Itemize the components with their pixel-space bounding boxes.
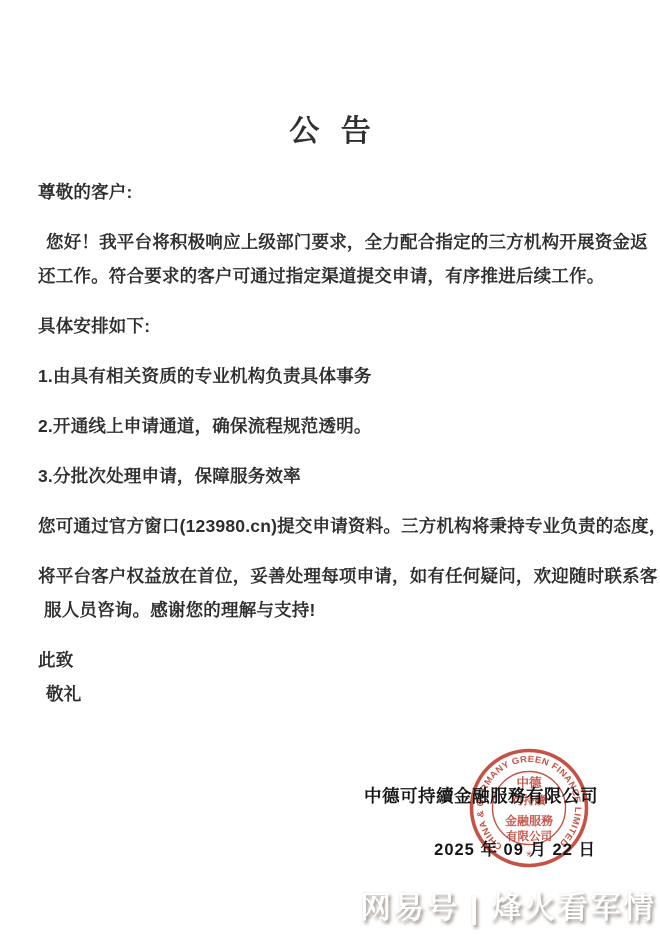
list-item-2: 2.开通线上申请通道，确保流程规范透明。	[38, 409, 640, 443]
section-heading: 具体安排如下:	[38, 309, 640, 343]
list-item-1: 1.由具有相关资质的专业机构负责具体事务	[38, 359, 640, 393]
closing-cizhi: 此致	[38, 643, 640, 677]
body-line: 服人员咨询。感谢您的理解与支持!	[38, 593, 640, 627]
body-line: 将平台客户权益放在首位，妥善处理每项申请，如有任何疑问，欢迎随时联系客	[38, 559, 640, 593]
body-line: 还工作。符合要求的客户可通过指定渠道提交申请，有序推进后续工作。	[38, 259, 640, 293]
closing-jingli: 敬礼	[38, 677, 640, 711]
body-line: 您好！我平台将积极响应上级部门要求，全力配合指定的三方机构开展资金返	[38, 225, 640, 259]
netease-watermark: 网易号 | 烽火看军情	[360, 882, 656, 927]
announcement-document: 公 告 尊敬的客户: 您好！我平台将积极响应上级部门要求，全力配合指定的三方机构…	[0, 0, 660, 939]
page-title: 公 告	[0, 0, 660, 151]
salutation: 尊敬的客户:	[38, 175, 640, 209]
stamp-center-line-3: 金融服務	[505, 813, 553, 828]
document-body: 尊敬的客户: 您好！我平台将积极响应上级部门要求，全力配合指定的三方机构开展资金…	[0, 175, 660, 711]
signature-date: 2025 年 09 月 22 日	[434, 836, 596, 860]
signature-company-name: 中德可持續金融服務有限公司	[364, 783, 598, 808]
list-item-3: 3.分批次处理申请，保障服务效率	[38, 459, 640, 493]
body-line-contact: 您可通过官方窗口(123980.cn)提交申请资料。三方机构将秉持专业负责的态度…	[38, 509, 640, 543]
